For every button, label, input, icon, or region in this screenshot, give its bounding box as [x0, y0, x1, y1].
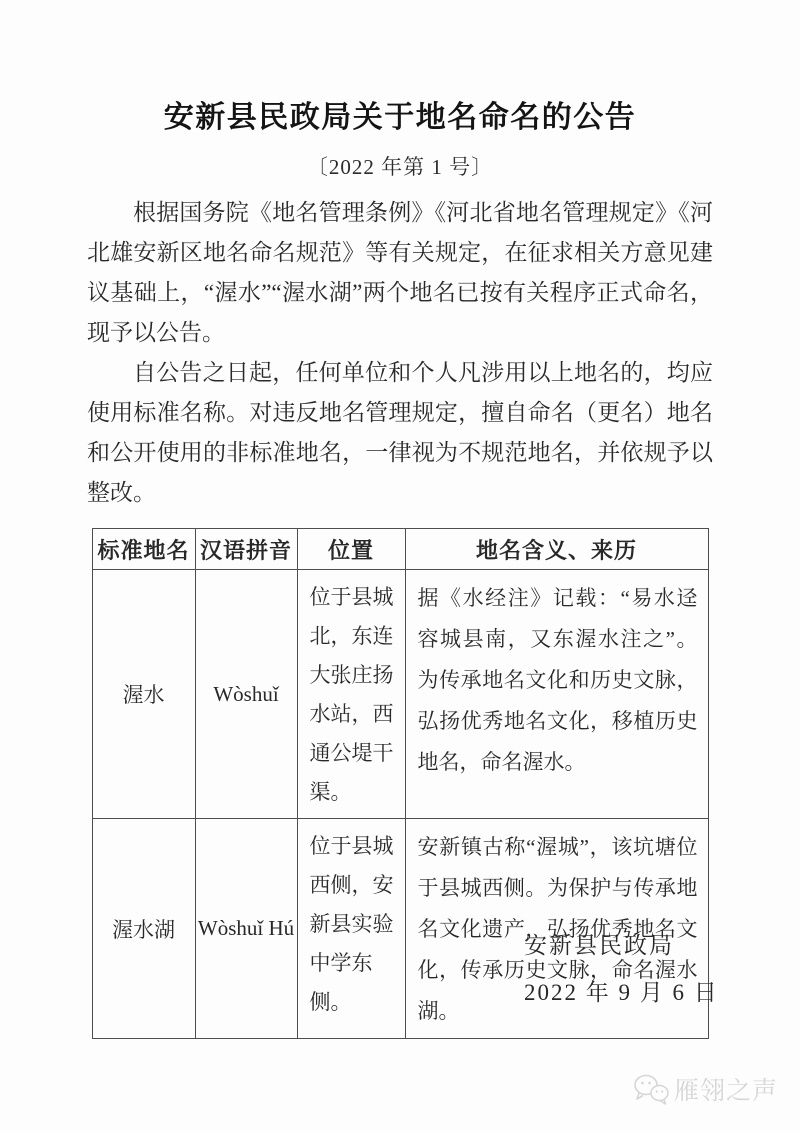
wechat-chat-bubbles-icon — [633, 1073, 669, 1105]
table-row: 渥水 Wòshuǐ 位于县城北，东连大张庄扬水站，西通公堤干渠。 据《水经注》记… — [92, 570, 708, 819]
header-pinyin: 汉语拼音 — [195, 529, 297, 570]
header-location: 位置 — [297, 529, 405, 570]
issuing-authority: 安新县民政局 — [524, 922, 719, 969]
cell-meaning-origin: 据《水经注》记载：“易水迳容城县南，又东渥水注之”。为传承地名文化和历史文脉，弘… — [405, 570, 708, 819]
body-text: 根据国务院《地名管理条例》《河北省地名管理规定》《河北雄安新区地名命名规范》等有… — [87, 193, 713, 513]
watermark: 雁翎之声 — [633, 1071, 778, 1107]
issue-date: 2022 年 9 月 6 日 — [524, 969, 719, 1016]
cell-pinyin: Wòshuǐ — [195, 570, 297, 819]
page-title: 安新县民政局关于地名命名的公告 — [0, 0, 800, 136]
cell-standard-name: 渥水湖 — [92, 819, 195, 1039]
signature-block: 安新县民政局 2022 年 9 月 6 日 — [524, 922, 719, 1016]
watermark-label: 雁翎之声 — [674, 1071, 778, 1107]
header-standard-name: 标准地名 — [92, 529, 195, 570]
table-header-row: 标准地名 汉语拼音 位置 地名含义、来历 — [92, 529, 708, 570]
cell-pinyin: Wòshuǐ Hú — [195, 819, 297, 1039]
paragraph-requirement: 自公告之日起，任何单位和个人凡涉用以上地名的，均应使用标准名称。对违反地名管理规… — [87, 353, 713, 513]
header-meaning-origin: 地名含义、来历 — [405, 529, 708, 570]
paragraph-basis: 根据国务院《地名管理条例》《河北省地名管理规定》《河北雄安新区地名命名规范》等有… — [87, 193, 713, 353]
doc-number: 〔2022 年第 1 号〕 — [0, 151, 800, 181]
cell-location: 位于县城西侧，安新县实验中学东侧。 — [297, 819, 405, 1039]
cell-location: 位于县城北，东连大张庄扬水站，西通公堤干渠。 — [297, 570, 405, 819]
announcement-page: 安新县民政局关于地名命名的公告 〔2022 年第 1 号〕 根据国务院《地名管理… — [0, 0, 800, 1131]
cell-standard-name: 渥水 — [92, 570, 195, 819]
